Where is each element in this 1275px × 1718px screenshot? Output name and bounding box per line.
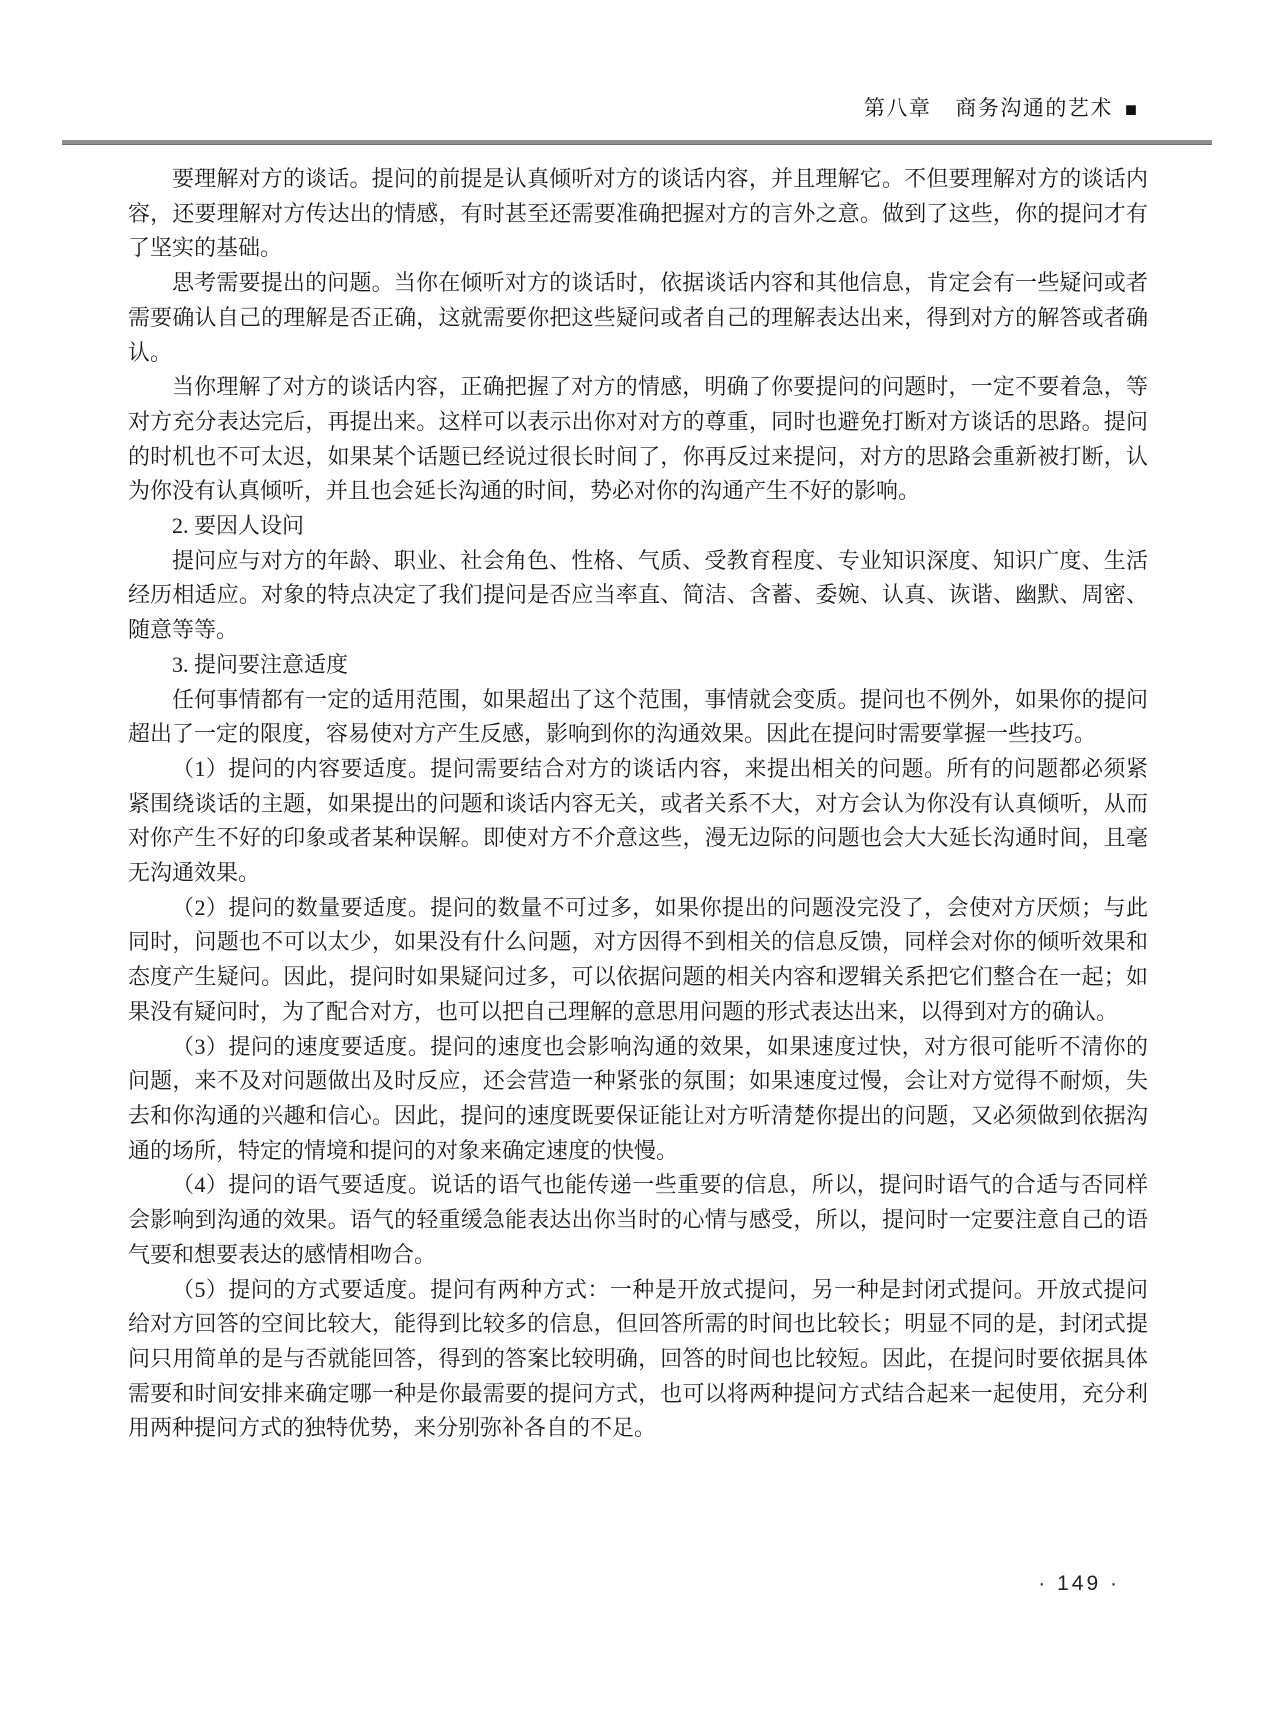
chapter-square-icon: ■ [1125,99,1137,121]
body-paragraph: （2）提问的数量要适度。提问的数量不可过多，如果你提出的问题没完没了，会使对方厌… [128,891,1148,1030]
body-paragraph: （5）提问的方式要适度。提问有两种方式：一种是开放式提问，另一种是封闭式提问。开… [128,1273,1148,1447]
chapter-title: 商务沟通的艺术 [955,96,1113,120]
page-body: 要理解对方的谈话。提问的前提是认真倾听对方的谈话内容，并且理解它。不但要理解对方… [128,162,1148,1446]
header-divider [62,140,1212,145]
body-paragraph: （4）提问的语气要适度。说话的语气也能传递一些重要的信息，所以，提问时语气的合适… [128,1168,1148,1272]
chapter-number: 第八章 [864,96,932,120]
section-heading: 3. 提问要注意适度 [128,648,1148,683]
section-heading: 2. 要因人设问 [128,509,1148,544]
body-paragraph: 要理解对方的谈话。提问的前提是认真倾听对方的谈话内容，并且理解它。不但要理解对方… [128,162,1148,266]
page-number: · 149 · [1038,1572,1120,1595]
body-paragraph: 提问应与对方的年龄、职业、社会角色、性格、气质、受教育程度、专业知识深度、知识广… [128,544,1148,648]
body-paragraph: 任何事情都有一定的适用范围，如果超出了这个范围，事情就会变质。提问也不例外，如果… [128,683,1148,752]
body-paragraph: 思考需要提出的问题。当你在倾听对方的谈话时，依据谈话内容和其他信息，肯定会有一些… [128,266,1148,370]
page-footer: · 149 · [1038,1572,1120,1596]
book-page: 第八章商务沟通的艺术■ 要理解对方的谈话。提问的前提是认真倾听对方的谈话内容，并… [0,0,1275,1718]
page-header: 第八章商务沟通的艺术■ [0,92,1137,122]
body-paragraph: 当你理解了对方的谈话内容，正确把握了对方的情感，明确了你要提问的问题时，一定不要… [128,370,1148,509]
body-paragraph: （1）提问的内容要适度。提问需要结合对方的谈话内容，来提出相关的问题。所有的问题… [128,752,1148,891]
body-paragraph: （3）提问的速度要适度。提问的速度也会影响沟通的效果，如果速度过快，对方很可能听… [128,1030,1148,1169]
